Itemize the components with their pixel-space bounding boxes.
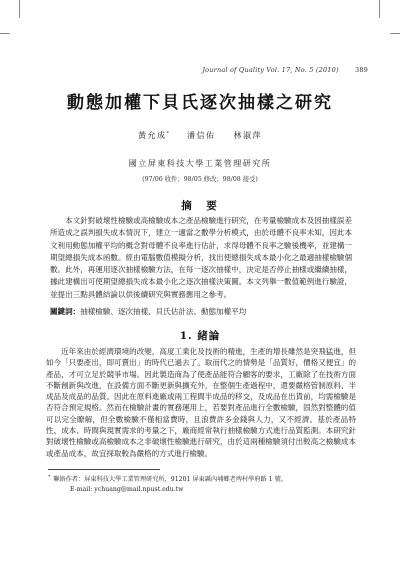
footnote-marker: * bbox=[48, 475, 50, 480]
author-1: 黃允成* bbox=[138, 131, 169, 140]
author-1-name: 黃允成 bbox=[138, 131, 167, 140]
abstract-body: 本文針對破壞性檢驗或高檢驗成本之產品檢驗進行研究，在考量檢驗成本及因抽樣誤差所造… bbox=[50, 215, 352, 301]
keywords-line: 關鍵詞：抽樣檢驗、逐次抽樣、貝氏估計法、動態加權平均 bbox=[50, 306, 352, 317]
authors-line: 黃允成* 潘信佑 林淑萍 bbox=[0, 130, 400, 141]
journal-header: Journal of Quality Vol. 17, No. 5 (2010)… bbox=[202, 66, 368, 74]
page-number: 389 bbox=[355, 66, 368, 74]
author-3: 林淑萍 bbox=[234, 131, 263, 140]
crop-mark-top-right-horizontal bbox=[390, 33, 400, 34]
journal-name: Journal of Quality Vol. 17, No. 5 (2010) bbox=[202, 66, 338, 74]
introduction-body: 近年來由於經濟環境的改變，高度工業化及技術的精進，生產的增長雖然是突飛猛進，但如… bbox=[46, 346, 356, 459]
paper-page: Journal of Quality Vol. 17, No. 5 (2010)… bbox=[0, 0, 400, 566]
paper-title: 動態加權下貝氏逐次抽樣之研究 bbox=[0, 88, 400, 113]
submission-dates: (97/06 收件；98/05 修改；98/08 接受) bbox=[0, 174, 400, 183]
crop-mark-top-left-horizontal bbox=[0, 33, 10, 34]
abstract-heading: 摘 要 bbox=[0, 198, 400, 213]
keywords-text: 抽樣檢驗、逐次抽樣、貝氏估計法、動態加權平均 bbox=[80, 307, 246, 316]
footnote-email: E-mail: ychuang@mail.npust.edu.tw bbox=[70, 485, 348, 495]
section-heading-introduction: 1. 緒論 bbox=[0, 328, 400, 343]
corresponding-author-mark: * bbox=[166, 130, 169, 136]
keywords-label: 關鍵詞： bbox=[50, 307, 80, 316]
footnote-divider bbox=[48, 469, 160, 470]
crop-mark-top-left-vertical bbox=[19, 0, 20, 18]
affiliation: 國立屏東科技大學工業管理研究所 bbox=[0, 158, 400, 169]
author-2: 潘信佑 bbox=[187, 131, 216, 140]
footnote: *聯絡作者：屏東科技大學工業管理研究所，91201 屏東縣內埔鄉老埤村學府路 1… bbox=[48, 473, 348, 495]
footnote-text: 聯絡作者：屏東科技大學工業管理研究所，91201 屏東縣內埔鄉老埤村學府路 1 … bbox=[53, 476, 287, 483]
crop-mark-top-right-vertical bbox=[379, 0, 380, 18]
